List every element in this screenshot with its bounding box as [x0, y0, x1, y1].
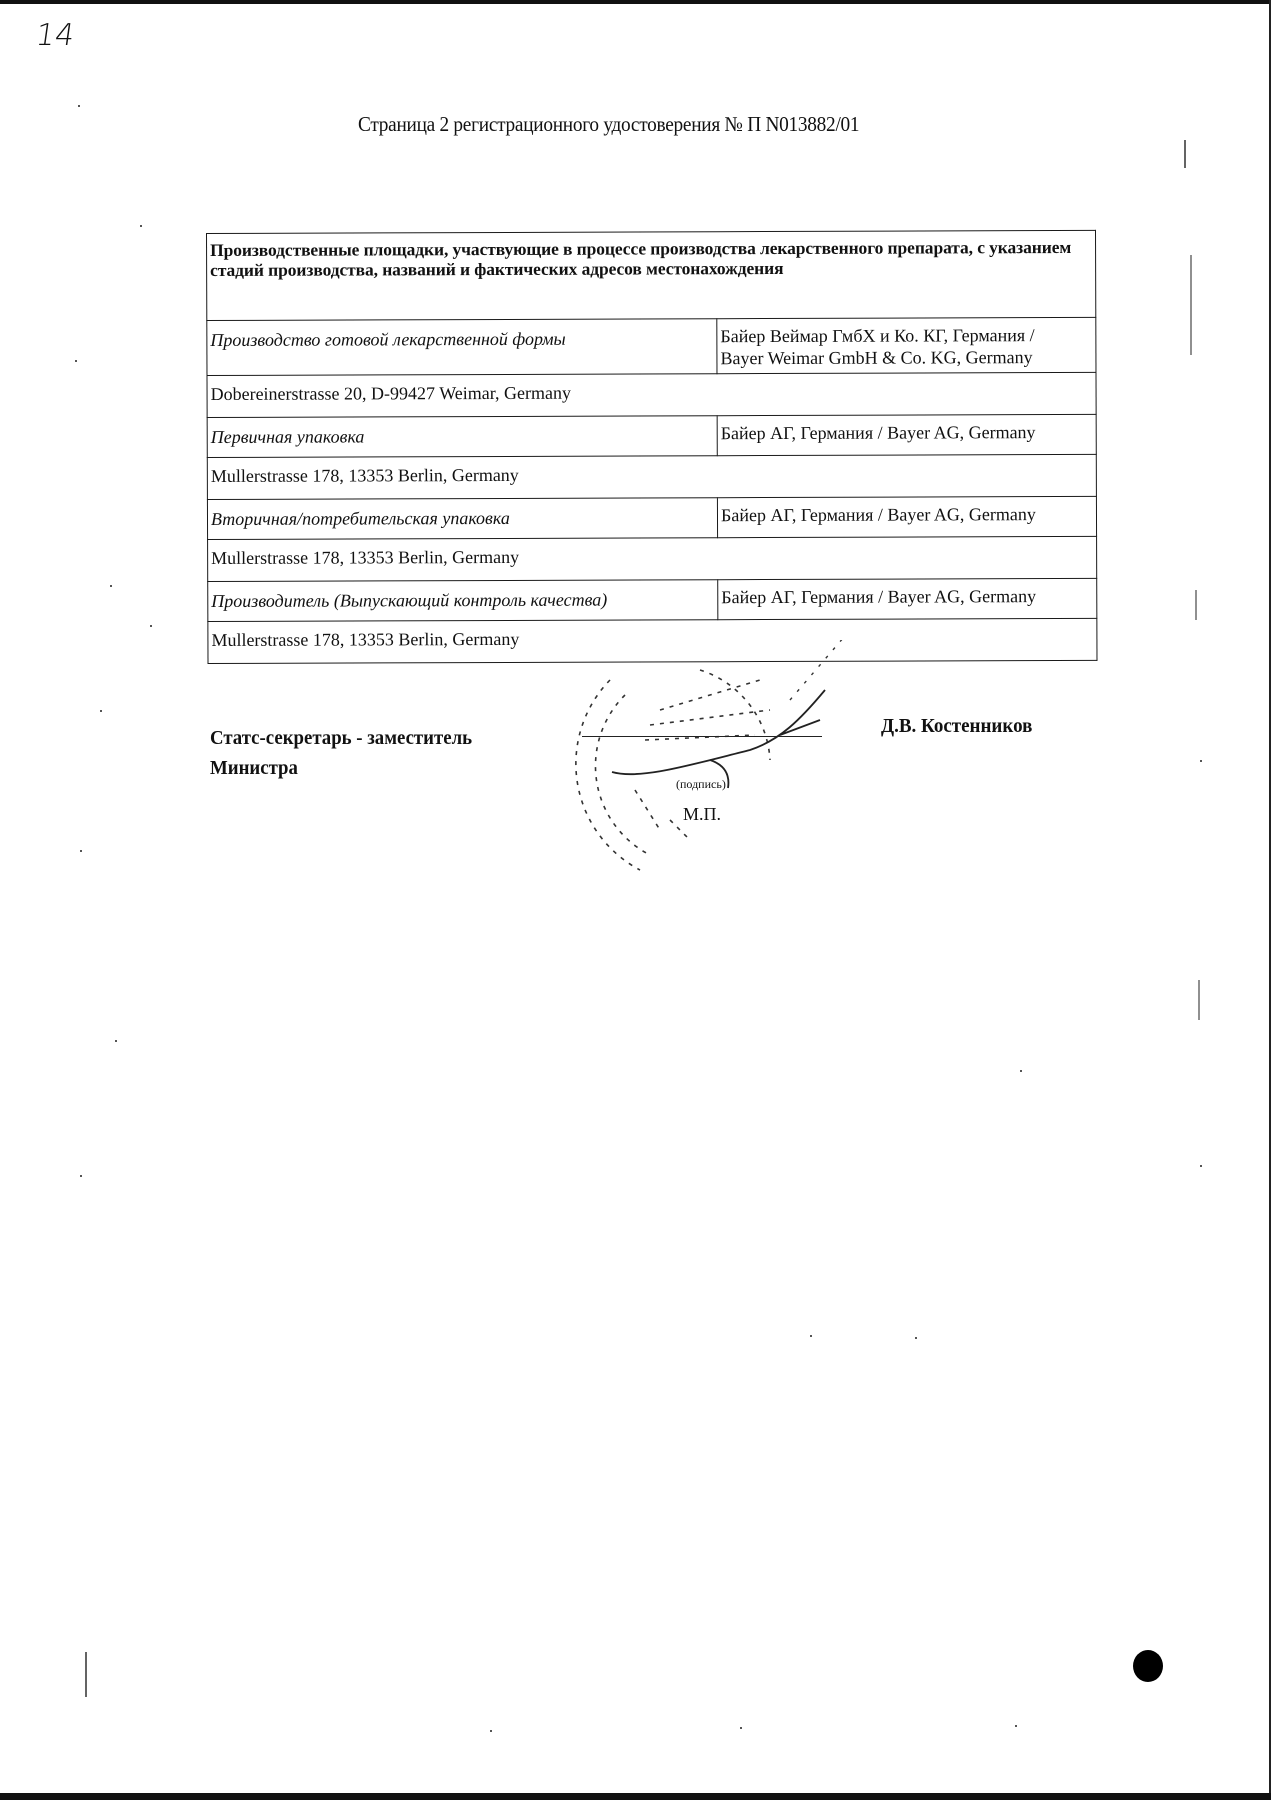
scan-speckle	[810, 1335, 812, 1337]
scan-edge-bottom	[0, 1793, 1271, 1800]
signature-caption: (подпись)	[676, 777, 726, 792]
signer-position: Статс-секретарь - заместитель Министра	[210, 723, 472, 783]
scan-speckle	[140, 225, 142, 227]
scan-speckle	[740, 1727, 742, 1729]
scan-speckle	[78, 105, 80, 107]
scan-artifact-mark	[1195, 590, 1197, 620]
scan-artifact-mark	[1184, 140, 1186, 168]
signer-position-line2: Министра	[210, 753, 472, 783]
scan-speckle	[75, 360, 77, 362]
signer-name: Д.В. Костенников	[881, 715, 1032, 738]
scan-artifact-mark	[1198, 980, 1200, 1020]
scan-speckle	[1015, 1725, 1017, 1727]
scan-artifact-blob	[1133, 1650, 1163, 1682]
scan-speckle	[915, 1337, 917, 1339]
scan-speckle	[100, 710, 102, 712]
scan-speckle	[490, 1730, 492, 1732]
signature-line	[582, 736, 822, 737]
scan-artifact-mark	[1190, 255, 1192, 355]
scan-speckle	[1020, 1070, 1022, 1072]
signer-position-line1: Статс-секретарь - заместитель	[210, 723, 472, 753]
scan-speckle	[115, 1040, 117, 1042]
scan-speckle	[150, 625, 152, 627]
scan-speckle	[80, 850, 82, 852]
scan-speckle	[1200, 760, 1202, 762]
signature-block: Статс-секретарь - заместитель Министра Д…	[0, 0, 1271, 900]
official-stamp-icon	[550, 640, 850, 880]
scan-artifact-mark	[85, 1652, 87, 1697]
scan-speckle	[1200, 1165, 1202, 1167]
scan-speckle	[110, 585, 112, 587]
stamp-place-label: М.П.	[683, 804, 721, 825]
scan-speckle	[80, 1175, 82, 1177]
